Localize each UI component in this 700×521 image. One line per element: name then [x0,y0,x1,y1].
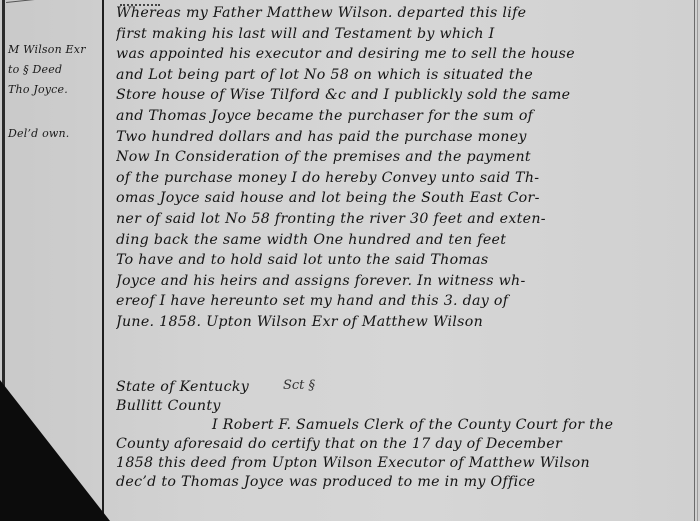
deed-line: Joyce and his heirs and assigns forever.… [116,271,691,292]
top-flourish-stroke [6,0,103,13]
deed-text: Whereas my Father Matthew Wilson. depart… [116,3,691,333]
deed-line: ding back the same width One hundred and… [116,230,691,251]
certificate-line: dec’d to Thomas Joyce was produced to me… [116,473,691,492]
deed-line: Now In Consideration of the premises and… [116,147,691,168]
scilicet-mark: Sct § [283,378,315,393]
deed-line: Whereas my Father Matthew Wilson. depart… [116,3,691,24]
deed-line: Two hundred dollars and has paid the pur… [116,127,691,148]
margin-rule-line [102,0,104,521]
ledger-page: M Wilson Exr to § Deed Tho Joyce. Del’d … [0,0,700,521]
page-corner-shadow [0,380,110,521]
deed-line: To have and to hold said lot unto the sa… [116,250,691,271]
deed-line: of the purchase money I do hereby Convey… [116,168,691,189]
deed-line: and Thomas Joyce became the purchaser fo… [116,106,691,127]
deed-line: ner of said lot No 58 fronting the river… [116,209,691,230]
certificate-county-line: Bullitt County [116,397,691,416]
deed-line: first making his last will and Testament… [116,24,691,45]
right-page-edge-line [697,0,698,521]
certificate-line: I Robert F. Samuels Clerk of the County … [116,416,691,435]
certificate-state-line: State of Kentucky [116,378,691,397]
margin-note-line: Tho Joyce. [8,80,102,100]
margin-note-line: to § Deed [8,60,102,80]
deed-line: and Lot being part of lot No 58 on which… [116,65,691,86]
right-rule-line [694,0,695,521]
deed-line: ereof I have hereunto set my hand and th… [116,291,691,312]
deed-line: June. 1858. Upton Wilson Exr of Matthew … [116,312,691,333]
margin-index-note: M Wilson Exr to § Deed Tho Joyce. [8,40,102,100]
deed-line: omas Joyce said house and lot being the … [116,188,691,209]
clerk-certificate: State of Kentucky Bullitt County I Rober… [116,378,691,492]
deed-line: was appointed his executor and desiring … [116,44,691,65]
deed-line: Store house of Wise Tilford &c and I pub… [116,85,691,106]
certificate-line: County aforesaid do certify that on the … [116,435,691,454]
margin-delivered-note: Del’d own. [8,124,70,144]
certificate-line: 1858 this deed from Upton Wilson Executo… [116,454,691,473]
margin-note-line: M Wilson Exr [8,40,102,60]
